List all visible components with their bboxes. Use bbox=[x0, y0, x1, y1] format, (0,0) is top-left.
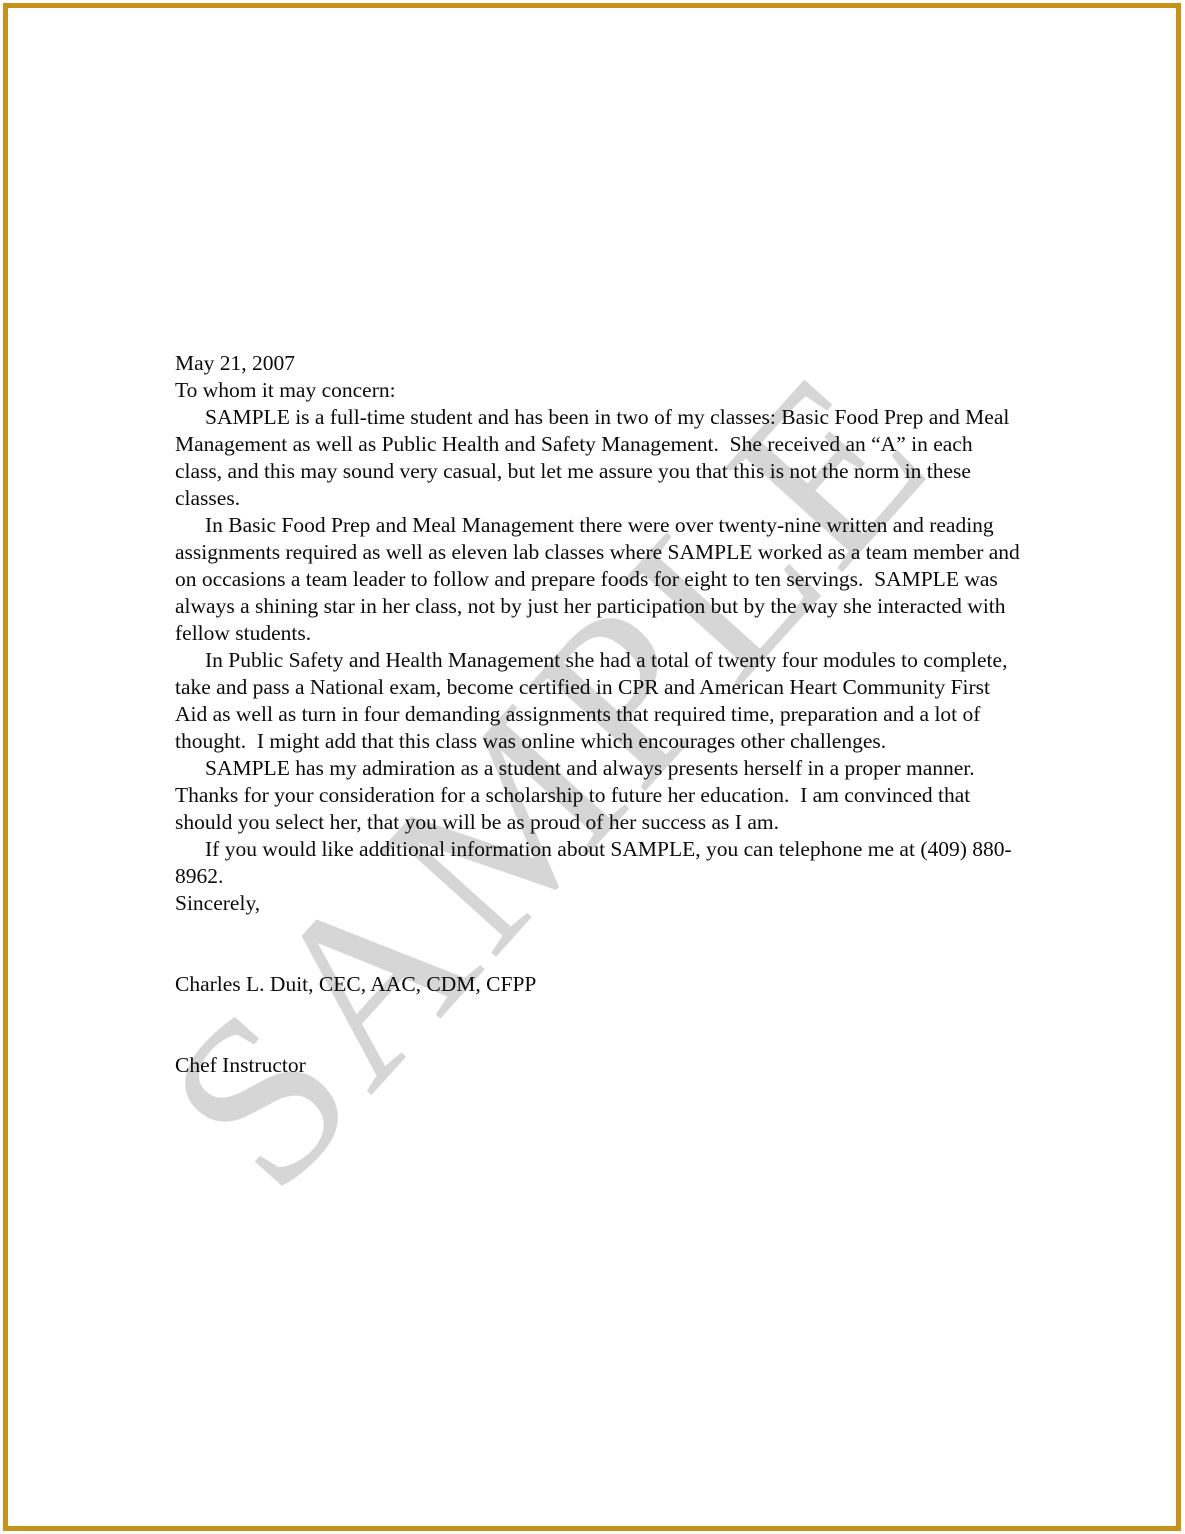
letter-paragraph: In Basic Food Prep and Meal Management t… bbox=[175, 512, 1020, 647]
letter-closing: Sincerely, bbox=[175, 890, 1020, 917]
letter-paragraph: In Public Safety and Health Management s… bbox=[175, 647, 1020, 755]
letter-body: May 21, 2007 To whom it may concern: SAM… bbox=[175, 350, 1020, 1133]
letter-page: SAMPLE May 21, 2007 To whom it may conce… bbox=[0, 0, 1185, 1534]
letter-salutation: To whom it may concern: bbox=[175, 377, 1020, 404]
signature-title: Chef Instructor bbox=[175, 1052, 1020, 1079]
signature-name: Charles L. Duit, CEC, AAC, CDM, CFPP bbox=[175, 971, 1020, 998]
letter-date: May 21, 2007 bbox=[175, 350, 1020, 377]
letter-paragraph: If you would like additional information… bbox=[175, 836, 1020, 890]
letter-paragraph: SAMPLE is a full-time student and has be… bbox=[175, 404, 1020, 512]
signature-block: Charles L. Duit, CEC, AAC, CDM, CFPP Che… bbox=[175, 917, 1020, 1133]
letter-paragraph: SAMPLE has my admiration as a student an… bbox=[175, 755, 1020, 836]
